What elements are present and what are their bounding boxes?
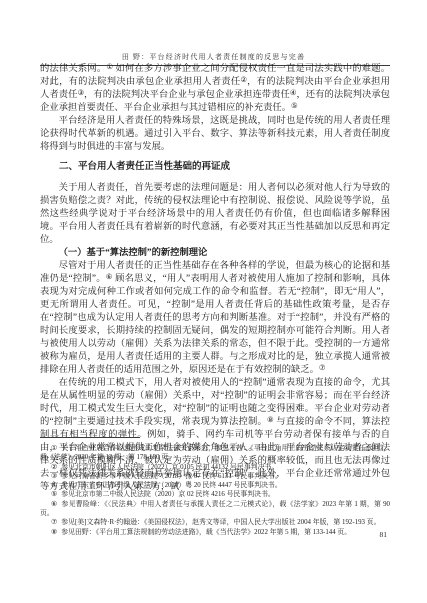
subsection-heading: （一）基于“算法控制”的新控制理论 (40, 247, 390, 260)
footnote-ref: ① (106, 63, 113, 71)
footnote-item: ②参见北京市朝阳区人民法院（2022）京 0105 民初 44132 号民事判决… (40, 463, 390, 472)
footnote-ref: ⑧ (267, 416, 274, 424)
footnote-ref: ② (240, 76, 247, 84)
footnote-list: ①关于平台开展合作经营形成的复杂法律关系形态，参见王茜：《平台三角用工的劳动关系… (40, 444, 390, 537)
footnote-number: ⑥ (51, 501, 57, 508)
footnote-number: ② (51, 464, 57, 471)
paper-page: 田 野：平台经济时代用人者责任制度的反思与完善 的法律关系网。① 如何在多方涉事… (0, 0, 427, 603)
running-head: 田 野：平台经济时代用人者责任制度的反思与完善 (0, 52, 427, 62)
paragraph: 尽管对于用人者责任的正当性基础存在各种各样的学说，但最为核心的论据和基准仍是“控… (40, 260, 390, 377)
footnote-separator (40, 437, 140, 438)
footnote-item: ⑧参见田野：《平台用工算法规制的劳动法进路》，载《当代法学》2022 年第 5 … (40, 528, 390, 537)
paragraph: 关于用人者责任，首先要考虑的法理问题是：用人者何以必须对他人行为导致的损害负赔偿… (40, 182, 390, 247)
footnote-number: ⑦ (51, 519, 57, 526)
footnote-ref: ⑦ (319, 364, 326, 372)
paragraph: 的法律关系网。① 如何在多方涉事企业之间分配侵权责任一直是司法实践中的难题。对此… (40, 63, 390, 115)
footnote-item: ⑥参见曹险峰：《〈民法典〉中用人者责任与承揽人责任之二元模式论》，载《法学家》2… (40, 500, 390, 519)
footnote-ref: ⑤ (291, 102, 298, 110)
footnote-number: ④ (51, 482, 57, 489)
footnote-ref: ③ (77, 89, 84, 97)
footnote-number: ⑧ (51, 529, 57, 536)
footnote-text: 参见河南省新乡市中级人民法院（2018）豫 07 民终 6131 号民事判决书。 (61, 473, 282, 480)
footnote-text: 参见北京市第二中级人民法院（2020）京 02 民终 4216 号民事判决书。 (61, 491, 275, 498)
footnote-text: 参见北京市朝阳区人民法院（2022）京 0105 民初 44132 号民事判决书… (61, 464, 278, 471)
body-text: 的法律关系网。① 如何在多方涉事企业之间分配侵权责任一直是司法实践中的难题。对此… (40, 63, 390, 494)
footnote-number: ③ (51, 473, 57, 480)
footnote-item: ④参见广东省中山市中级人民法院（2020）粤 20 民终 4447 号民事判决书… (40, 481, 390, 490)
footnote-text: 参见田野：《平台用工算法规制的劳动法进路》，载《当代法学》2022 年第 5 期… (61, 529, 351, 536)
page-number: 81 (380, 530, 388, 539)
footnote-ref: ④ (290, 89, 297, 97)
footnote-number: ⑤ (51, 491, 57, 498)
footnote-ref: ⑥ (106, 273, 113, 281)
footnote-text: 参见广东省中山市中级人民法院（2020）粤 20 民终 4447 号民事判决书。 (61, 482, 282, 489)
paragraph: 平台经济是用人者责任的特殊场景，这既是挑战，同时也是传统的用人者责任理论获得时代… (40, 115, 390, 154)
footnote-item: ①关于平台开展合作经营形成的复杂法律关系形态，参见王茜：《平台三角用工的劳动关系… (40, 444, 390, 463)
footnote-text: 参见曹险峰：《〈民法典〉中用人者责任与承揽人责任之二元模式论》，载《法学家》20… (40, 501, 390, 517)
footnote-text: 关于平台开展合作经营形成的复杂法律关系形态，参见王茜：《平台三角用工的劳动关系认… (40, 445, 390, 461)
footnote-item: ⑦参见[美]文森特·R·约翰逊：《美国侵权法》，赵秀文等译，中国人民大学出版社 … (40, 518, 390, 527)
footnote-item: ③参见河南省新乡市中级人民法院（2018）豫 07 民终 6131 号民事判决书… (40, 472, 390, 481)
footnote-item: ⑤参见北京市第二中级人民法院（2020）京 02 民终 4216 号民事判决书。 (40, 490, 390, 499)
footnote-number: ① (51, 445, 57, 452)
section-heading: 二、平台用人者责任正当性基础的再证成 (40, 161, 390, 174)
footnote-text: 参见[美]文森特·R·约翰逊：《美国侵权法》，赵秀文等译，中国人民大学出版社 2… (61, 519, 380, 526)
